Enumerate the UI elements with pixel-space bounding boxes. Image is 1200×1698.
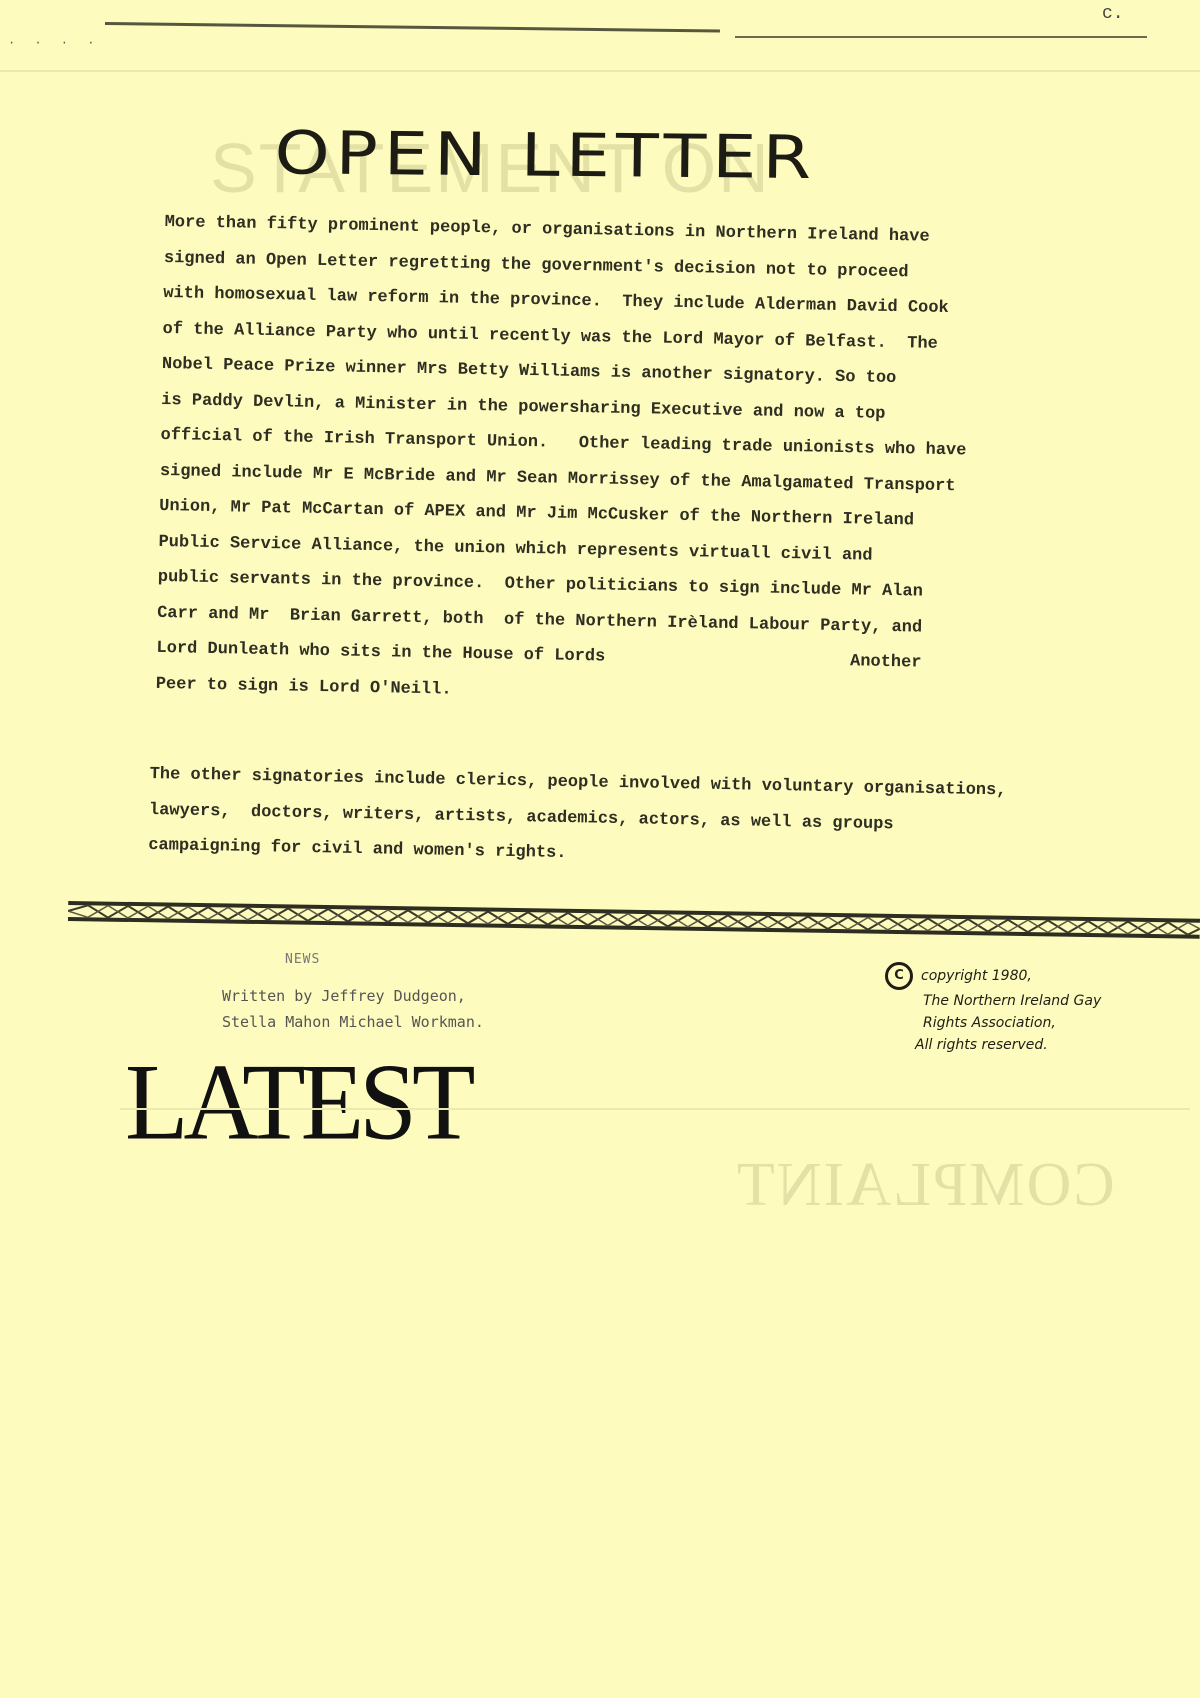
credit-line: Written by Jeffrey Dudgeon, — [222, 983, 484, 1009]
copyright-icon: C — [885, 962, 913, 990]
top-rule-right — [735, 36, 1147, 38]
corner-mark: c. — [1102, 4, 1124, 24]
ghost-rule — [0, 70, 1200, 72]
copyright-line: The Northern Ireland Gay — [923, 990, 1195, 1012]
margin-dots: · · · · — [8, 36, 100, 50]
top-rule-left — [105, 22, 720, 33]
ghost-rule — [120, 1108, 1190, 1110]
article-paragraph-2: The other signatories include clerics, p… — [148, 757, 1160, 883]
bleed-through-text-bottom: COMPLAINT — [735, 1150, 1115, 1221]
copyright-line: All rights reserved. — [915, 1034, 1195, 1056]
latest-heading: LATEST — [125, 1040, 471, 1165]
section-label: NEWS — [285, 952, 320, 967]
article-paragraph-1: More than fifty prominent people, or org… — [155, 205, 1174, 721]
copyright-notice: C copyright 1980, The Northern Ireland G… — [885, 962, 1195, 1056]
page-title: OPEN LETTER — [274, 118, 817, 193]
decorative-border-band — [68, 898, 1200, 942]
copyright-line: Rights Association, — [923, 1012, 1195, 1034]
author-credits: Written by Jeffrey Dudgeon, Stella Mahon… — [222, 983, 484, 1035]
copyright-year: copyright 1980, — [921, 965, 1032, 987]
credit-line: Stella Mahon Michael Workman. — [222, 1009, 484, 1035]
document-page: · · · · c. STATEMENT ON OPEN LETTER More… — [0, 0, 1200, 1698]
